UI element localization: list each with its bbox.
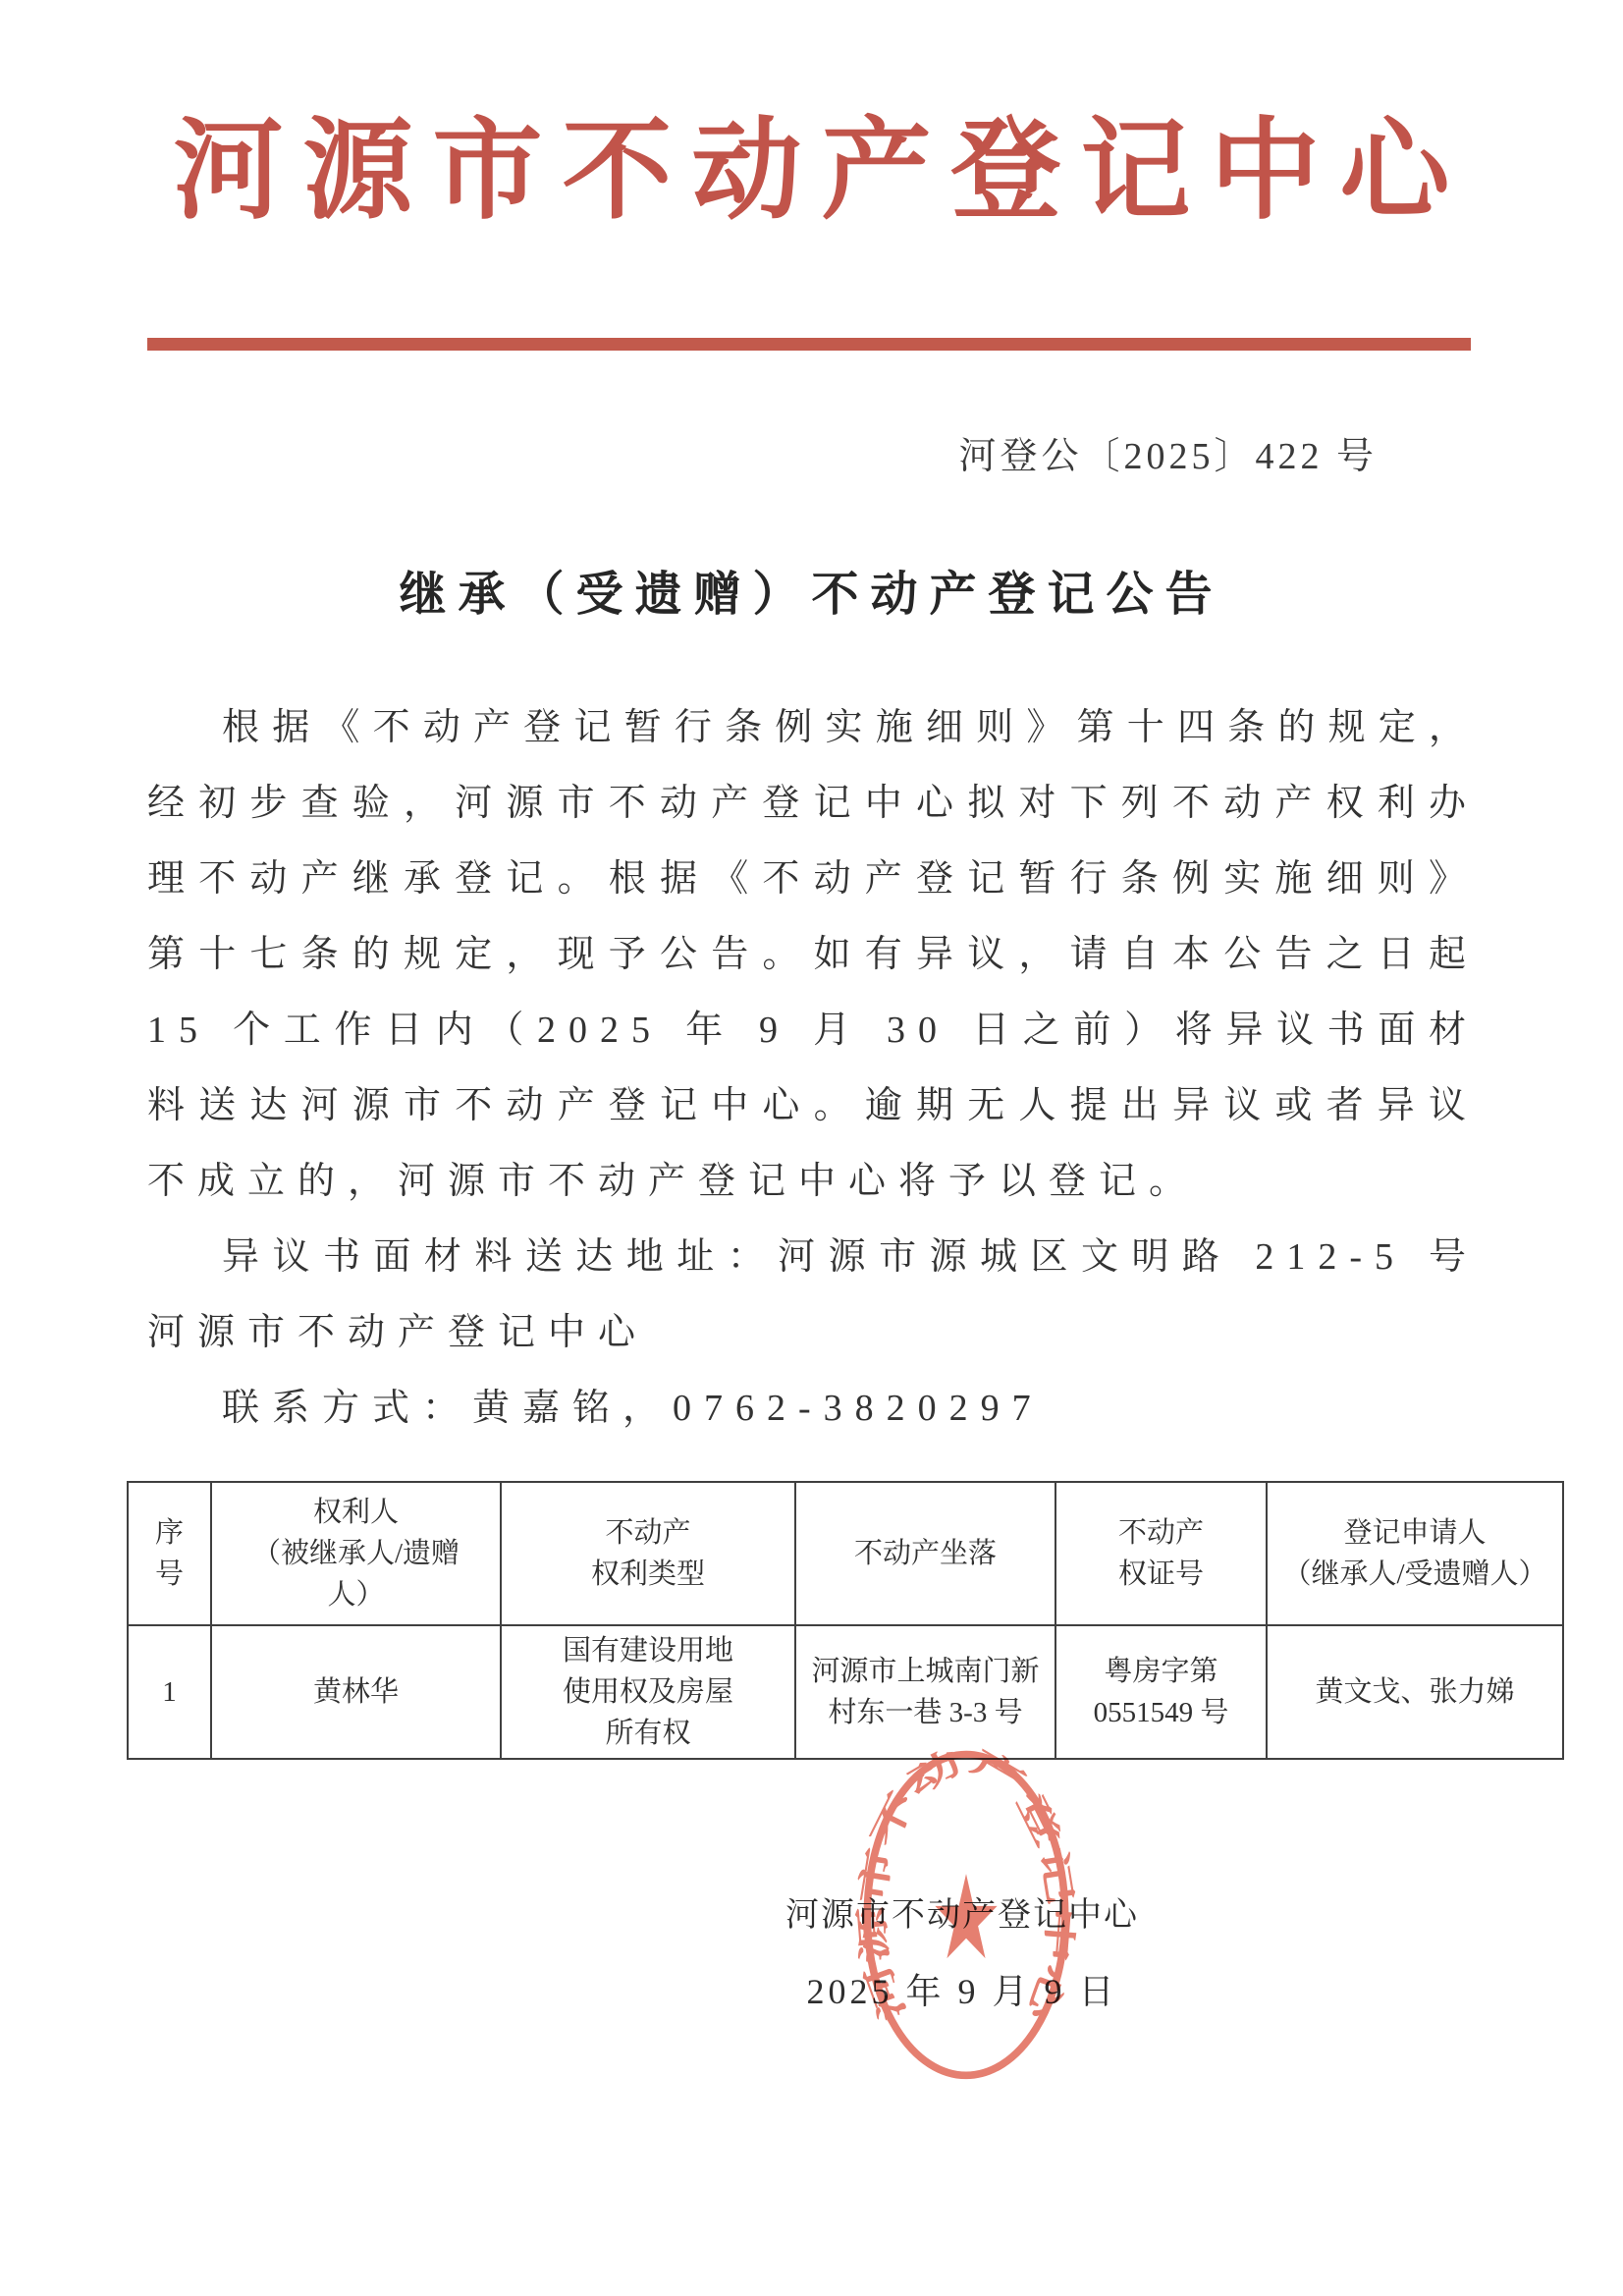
cell-right-type: 国有建设用地 使用权及房屋 所有权 (501, 1625, 795, 1759)
property-table-wrap: 序 号 权利人 （被继承人/遗赠 人） 不动产 权利类型 不动产坐落 不动产 权… (127, 1481, 1503, 1760)
property-table: 序 号 权利人 （被继承人/遗赠 人） 不动产 权利类型 不动产坐落 不动产 权… (127, 1481, 1564, 1760)
notice-body: 根据《不动产登记暂行条例实施细则》第十四条的规定，经初步查验，河源市不动产登记中… (147, 690, 1479, 1447)
document-page: 河源市不动产登记中心 河登公〔2025〕422 号 继承（受遗赠）不动产登记公告… (0, 0, 1623, 2296)
cell-property-location: 河源市上城南门新 村东一巷 3-3 号 (795, 1625, 1055, 1759)
header-serial-number: 序 号 (128, 1482, 211, 1625)
header-applicant: 登记申请人 （继承人/受遗赠人） (1267, 1482, 1563, 1625)
cell-applicant: 黄文戈、张力娣 (1267, 1625, 1563, 1759)
cell-certificate-number: 粤房字第 0551549 号 (1055, 1625, 1267, 1759)
header-right-holder: 权利人 （被继承人/遗赠 人） (211, 1482, 501, 1625)
header-property-location: 不动产坐落 (795, 1482, 1055, 1625)
body-paragraph-contact: 联系方式：黄嘉铭，0762-3820297 (147, 1371, 1479, 1447)
letterhead-title: 河源市不动产登记中心 (0, 82, 1623, 241)
table-row: 1 黄林华 国有建设用地 使用权及房屋 所有权 河源市上城南门新 村东一巷 3-… (128, 1625, 1563, 1759)
letterhead-divider (147, 338, 1471, 351)
body-paragraph-main: 根据《不动产登记暂行条例实施细则》第十四条的规定，经初步查验，河源市不动产登记中… (147, 690, 1479, 1220)
notice-title: 继承（受遗赠）不动产登记公告 (0, 556, 1623, 624)
header-certificate-number: 不动产 权证号 (1055, 1482, 1267, 1625)
signature-org: 河源市不动产登记中心 (668, 1887, 1257, 1936)
cell-right-holder: 黄林华 (211, 1625, 501, 1759)
header-right-type: 不动产 权利类型 (501, 1482, 795, 1625)
cell-serial-number: 1 (128, 1625, 211, 1759)
body-paragraph-address: 异议书面材料送达地址：河源市源城区文明路 212-5 号河源市不动产登记中心 (147, 1220, 1479, 1371)
signature-date: 2025 年 9 月 9 日 (668, 1964, 1257, 2014)
table-header-row: 序 号 权利人 （被继承人/遗赠 人） 不动产 权利类型 不动产坐落 不动产 权… (128, 1482, 1563, 1625)
document-number: 河登公〔2025〕422 号 (0, 425, 1378, 479)
